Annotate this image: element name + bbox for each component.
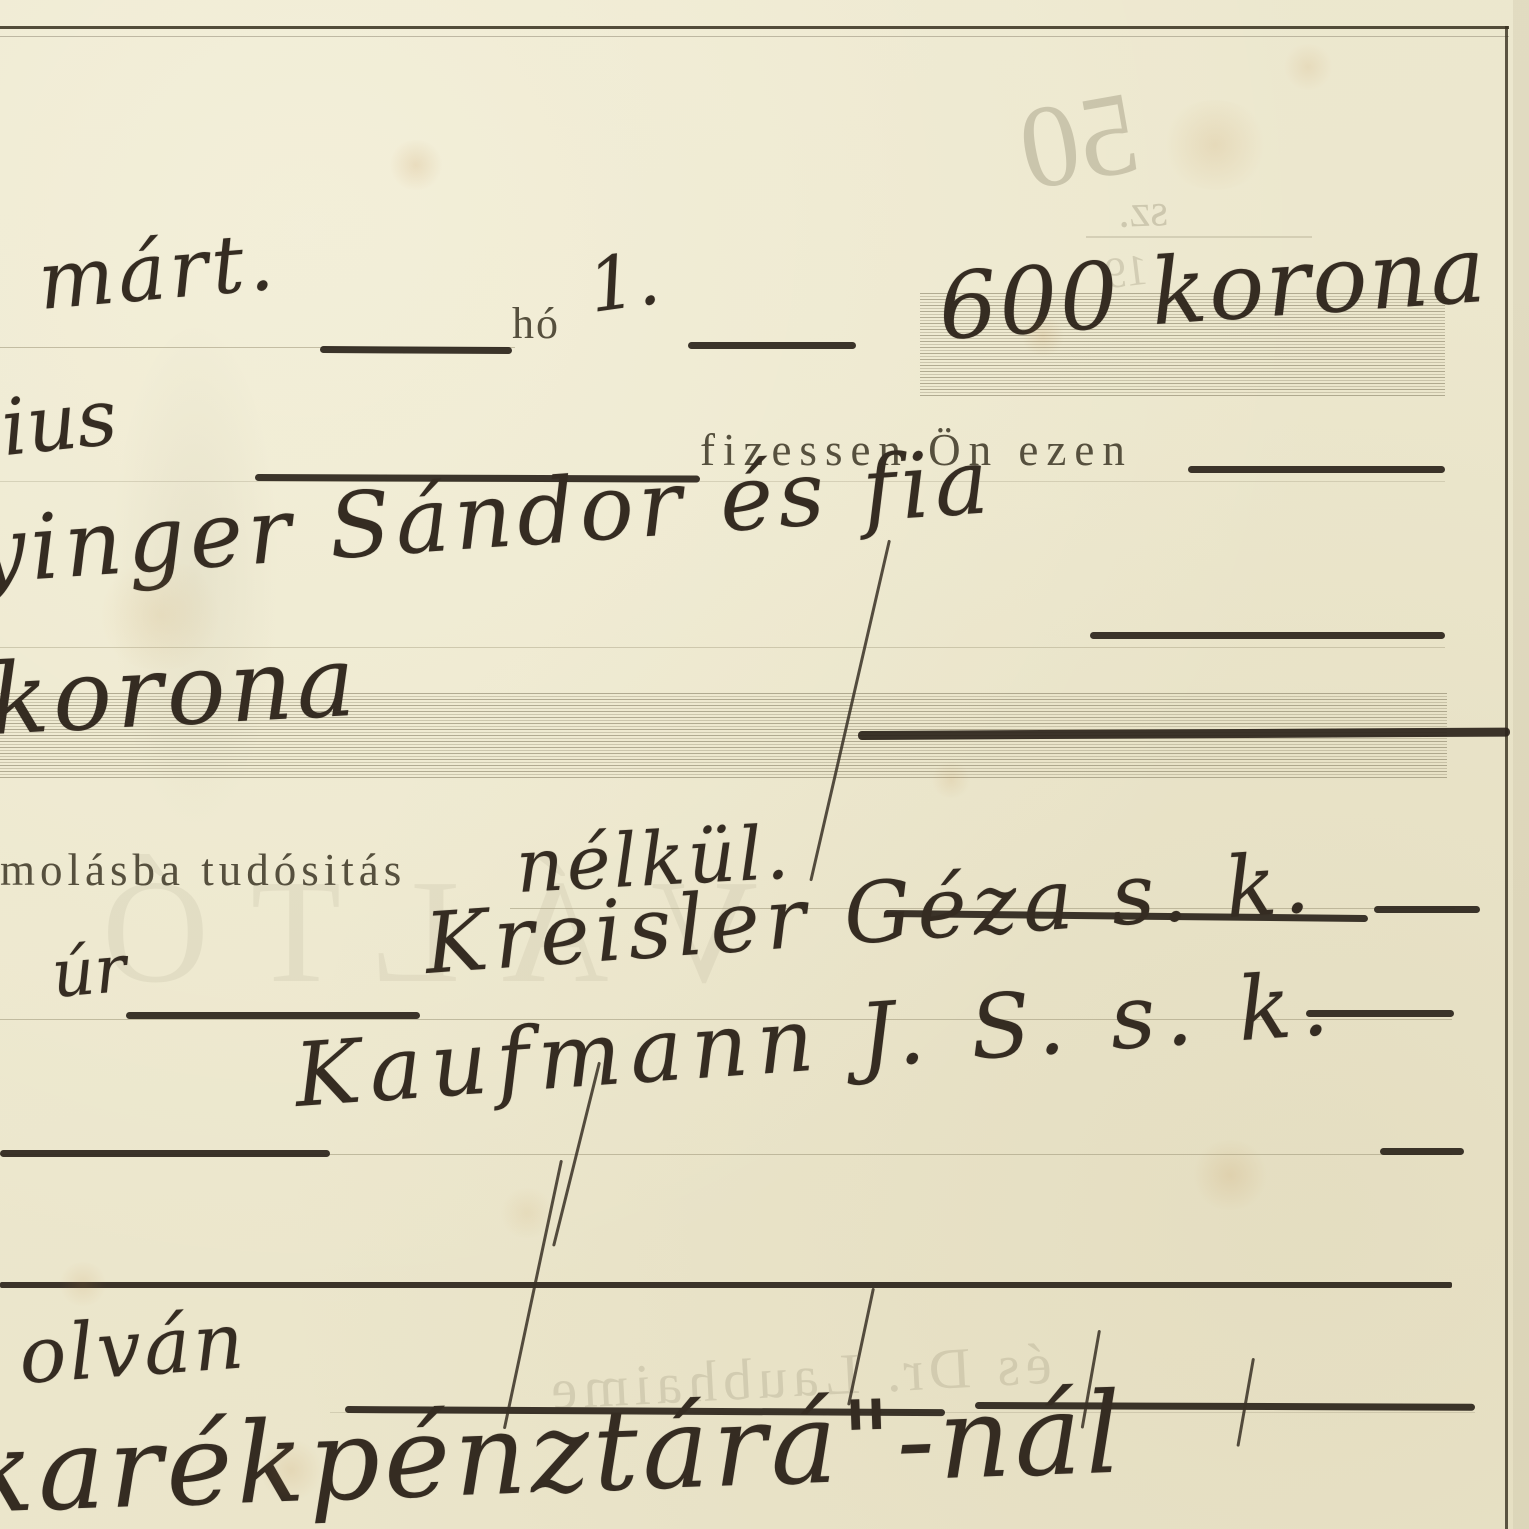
top-border-rule xyxy=(0,26,1509,29)
paper-stain xyxy=(58,1262,108,1306)
right-border-rule xyxy=(1505,26,1508,1529)
handwritten-day: 1. xyxy=(584,241,664,324)
handwritten-ur: úr xyxy=(49,936,129,1008)
paper-stain xyxy=(1190,1140,1270,1210)
ink-line-date-1 xyxy=(320,346,512,354)
tudositas-label: molásba tudósitás xyxy=(0,848,406,893)
paper-stain xyxy=(258,1440,324,1500)
ink-line-nelkul-dash xyxy=(1374,906,1480,913)
paper-stain xyxy=(1282,44,1334,90)
paper-stain xyxy=(1160,100,1270,190)
handwritten-month2-fragment: ius xyxy=(0,378,121,468)
bleedthrough-sz-label: sz. xyxy=(1117,187,1168,235)
ink-line-signature2-left xyxy=(0,1150,330,1157)
paper-stain xyxy=(498,1188,556,1238)
right-paper-edge xyxy=(1513,0,1529,1529)
ho-label: hó xyxy=(512,302,560,346)
handwritten-month: márt. xyxy=(35,221,280,322)
paper-stain xyxy=(388,140,444,190)
handwritten-olvan-fragment: olván xyxy=(17,1302,250,1396)
ink-line-due-right xyxy=(1188,466,1445,473)
ink-line-signature2-right xyxy=(1380,1148,1464,1155)
top-border-rule-light xyxy=(0,36,1509,37)
paper-stain xyxy=(930,762,972,798)
ink-line-drawee xyxy=(1090,632,1445,639)
ink-line-date-2 xyxy=(688,342,856,349)
promissory-note-document: 50 sz. 19 VÁLTÓ és Dr. Laubhaime hó fize… xyxy=(0,0,1529,1529)
paper-stain xyxy=(95,560,225,670)
handwritten-bottom-fragment: karékpénztárá"-nál xyxy=(0,1378,1127,1529)
ink-rule-full-width xyxy=(0,1282,1452,1288)
paper-stain xyxy=(1020,316,1066,356)
